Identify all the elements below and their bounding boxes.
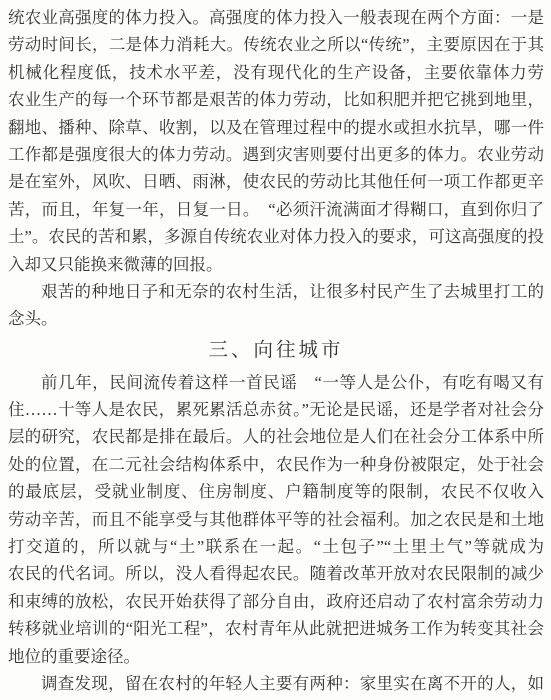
body-text-block-top: 统农业高强度的体力投入。高强度的体力投入一般表现在两个方面：一是劳动时间长，二是… xyxy=(8,4,544,333)
text-line: 打交道的，所以就与“土”联系在一起。“土包子”“土里土气”等就成为 xyxy=(8,533,544,560)
text-line: 念头。 xyxy=(8,305,544,332)
text-line: 统农业高强度的体力投入。高强度的体力投入一般表现在两个方面：一是 xyxy=(8,4,544,31)
body-text-block-bottom: 前几年，民间流传着这样一首民谣 “一等人是公仆，有吃有喝又有住……十等人是农民，… xyxy=(8,369,544,698)
text-line: 劳动时间长，二是体力消耗大。传统农业之所以“传统”，主要原因在于其 xyxy=(8,31,544,58)
book-page: 统农业高强度的体力投入。高强度的体力投入一般表现在两个方面：一是劳动时间长，二是… xyxy=(0,0,551,700)
text-line: 入却又只能换来微薄的回报。 xyxy=(8,251,544,278)
text-line: 工作都是强度很大的体力劳动。遇到灾害则要付出更多的体力。农业劳动 xyxy=(8,141,544,168)
text-line: 和束缚的放松，农民开始获得了部分自由，政府还启动了农村富余劳动力 xyxy=(8,588,544,615)
text-line: 艰苦的种地日子和无奈的农村生活，让很多村民产生了去城里打工的 xyxy=(8,278,544,305)
text-line: 地位的重要途径。 xyxy=(8,643,544,670)
text-line: 苦，而且，年复一年，日复一日。 “必须汗流满面才得糊口，直到你归了 xyxy=(8,196,544,223)
text-line: 处的位置，在二元社会结构体系中，农民作为一种身份被限定，处于社会 xyxy=(8,451,544,478)
text-line: 层的研究，农民都是排在最后。人的社会地位是人们在社会分工体系中所 xyxy=(8,423,544,450)
text-line: 劳动辛苦，而且不能享受与其他群体平等的社会福利。加之农民是和土地 xyxy=(8,506,544,533)
text-line: 是在室外，风吹、日晒、雨淋，使农民的劳动比其他任何一项工作都更辛 xyxy=(8,168,544,195)
section-heading: 三、向往城市 xyxy=(8,333,544,369)
text-line: 农民的代名词。所以，没人看得起农民。随着改革开放对农民限制的减少 xyxy=(8,560,544,587)
text-line: 调查发现，留在农村的年轻人主要有两种：家里实在离不开的人，如 xyxy=(8,670,544,697)
text-line: 前几年，民间流传着这样一首民谣 “一等人是公仆，有吃有喝又有 xyxy=(8,369,544,396)
text-line: 转移就业培训的“阳光工程”，农村青年从此就把进城务工作为转变其社会 xyxy=(8,615,544,642)
text-line: 的最底层，受就业制度、住房制度、户籍制度等的限制，农民不仅收入低、 xyxy=(8,478,544,505)
text-line: 住……十等人是农民，累死累活总赤贫。”无论是民谣，还是学者对社会分 xyxy=(8,396,544,423)
text-line: 翻地、播种、除草、收割，以及在管理过程中的提水或担水抗旱，哪一件 xyxy=(8,114,544,141)
text-line: 机械化程度低，技术水平差，没有现代化的生产设备，主要依靠体力劳作。 xyxy=(8,59,544,86)
text-line: 土”。农民的苦和累，多源自传统农业对体力投入的要求，可这高强度的投 xyxy=(8,223,544,250)
text-line: 农业生产的每一个环节都是艰苦的体力劳动，比如积肥并把它挑到地里， xyxy=(8,86,544,113)
